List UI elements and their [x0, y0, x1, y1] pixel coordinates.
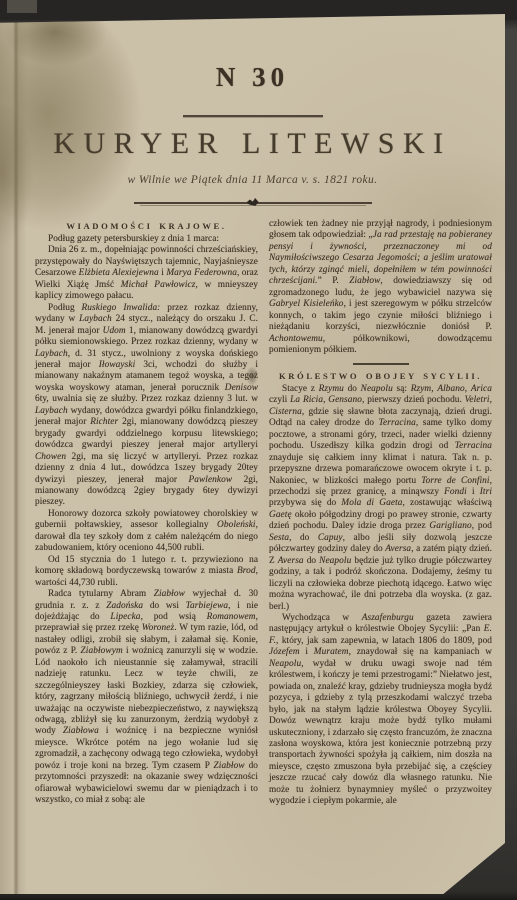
newspaper-page: N 30 KURYER LITEWSKI w Wilnie we Piątek …: [0, 14, 505, 894]
left-column: WIADOMOŚCI KRAJOWE. Podług gazety peters…: [35, 219, 258, 807]
ornament-divider: [134, 198, 372, 208]
right-column-paragraphs: Stacye z Rzymu do Neapolu są: Rzym, Alba…: [269, 384, 492, 808]
section-divider: [353, 363, 409, 365]
right-column: człowiek ten żadney nie przyjął nagrody,…: [269, 219, 492, 808]
continuation-paragraph: człowiek ten żadney nie przyjął nagrody,…: [269, 219, 492, 356]
paragraph: Stacye z Rzymu do Neapolu są: Rzym, Alba…: [269, 384, 492, 613]
masthead-title: KURYER LITEWSKI: [0, 127, 505, 161]
masthead: N 30 KURYER LITEWSKI w Wilnie we Piątek …: [0, 62, 505, 208]
header-rule: [183, 115, 323, 117]
left-column-paragraphs: Podług gazety petersburskiey z dnia 1 ma…: [35, 234, 258, 807]
body-columns: WIADOMOŚCI KRAJOWE. Podług gazety peters…: [0, 208, 505, 808]
paragraph: Dnia 26 z. m., dopełniając powinności ch…: [35, 245, 258, 302]
ornament-icon: [247, 198, 259, 206]
issue-number: N 30: [0, 62, 505, 93]
paragraph: Honorowy dozorca szkoły powiatowey choro…: [35, 509, 258, 555]
section-heading-domestic-news: WIADOMOŚCI KRAJOWE.: [35, 221, 258, 231]
paragraph: Radca tytularny Abram Ziabłow wyjechał d…: [35, 589, 258, 807]
paragraph: Wychodząca w Aszafenburgu gazeta zawiera…: [269, 613, 492, 808]
scan-backdrop: N 30 KURYER LITEWSKI w Wilnie we Piątek …: [0, 0, 517, 900]
paragraph: Podług Ruskiego Inwalida: przez rozkaz d…: [35, 303, 258, 509]
dateline: w Wilnie we Piątek dnia 11 Marca v. s. 1…: [0, 174, 505, 186]
ink-stain: [246, 366, 258, 386]
paragraph: Podług gazety petersburskiey z dnia 1 ma…: [35, 234, 258, 245]
scan-notch: [7, 0, 37, 13]
section-heading-two-sicilies: KRÓLESTWO OBOJEY SYCYLII.: [269, 371, 492, 381]
paragraph: Od 15 stycznia do 1 lutego r. t. przywie…: [35, 555, 258, 589]
